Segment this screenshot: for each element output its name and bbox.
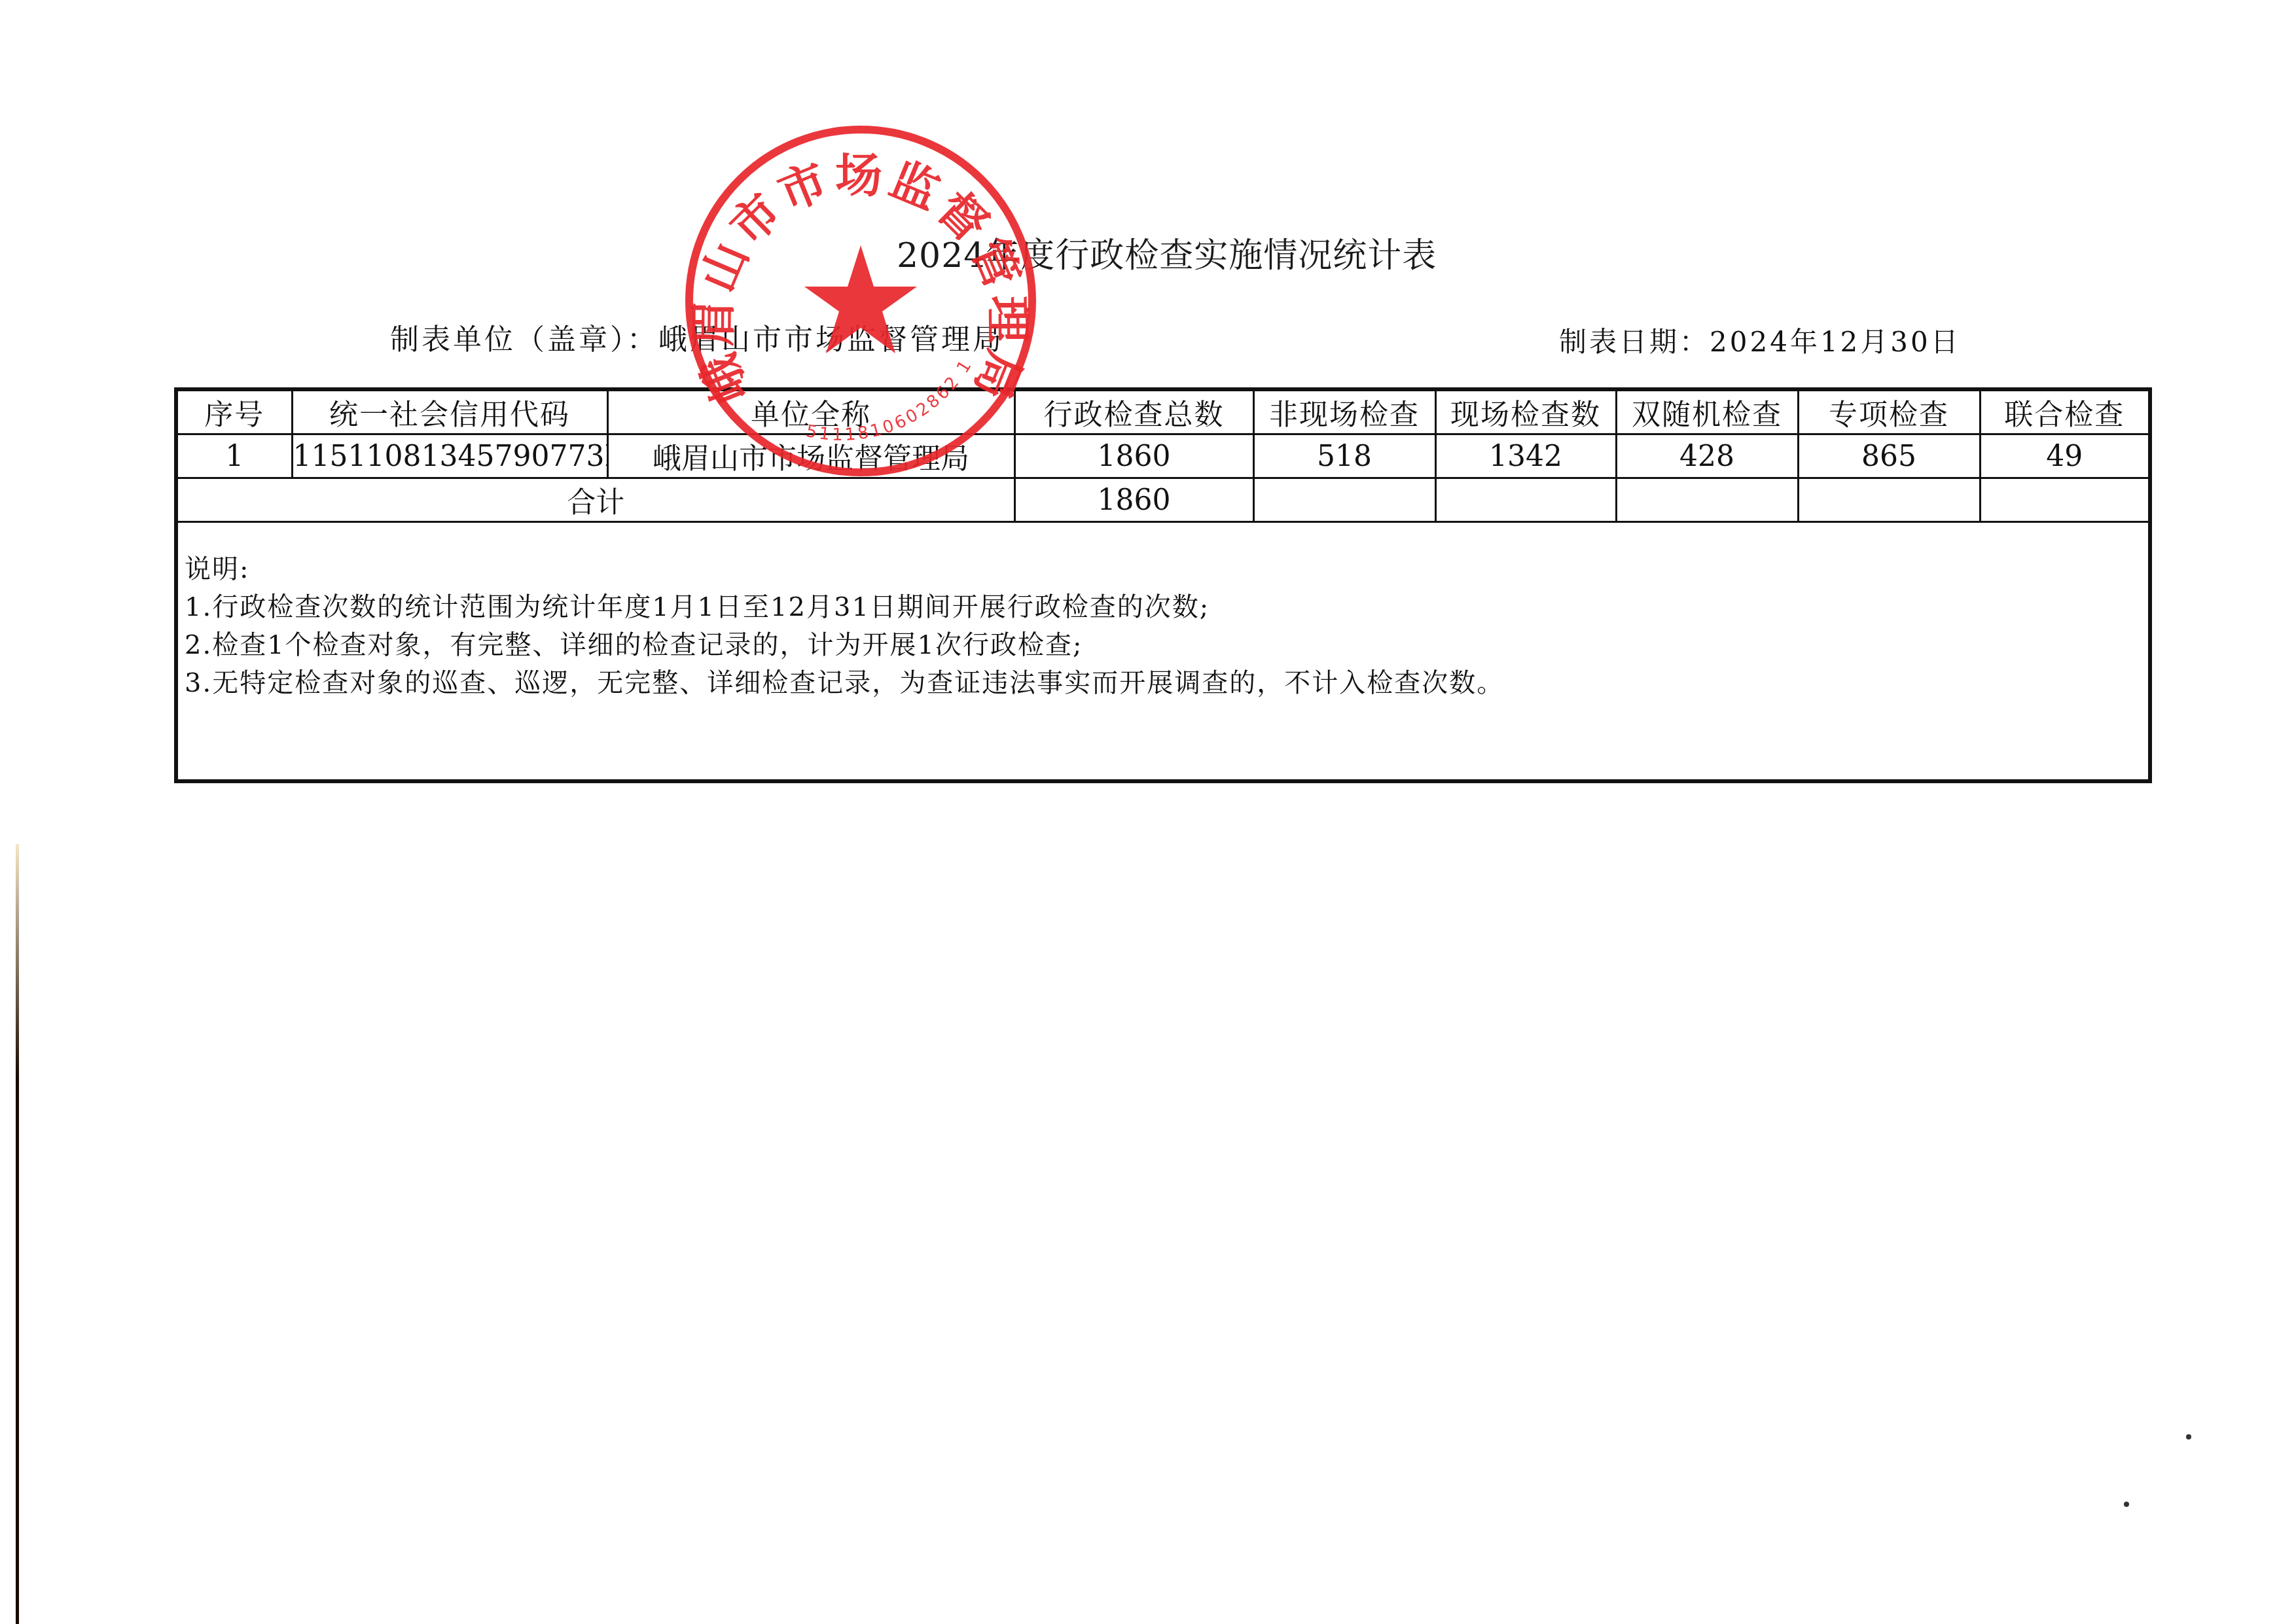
total-onsite [1435,478,1616,522]
total-offsite [1253,478,1435,522]
header-unit-name: 单位全称 [607,389,1014,434]
note-item: 3.无特定检查对象的巡查、巡逻，无完整、详细检查记录，为查证违法事实而开展调查的… [185,664,2148,702]
total-label: 合计 [176,478,1014,522]
statistics-table: 序号 统一社会信用代码 单位全称 行政检查总数 非现场检查 现场检查数 双随机检… [174,387,2152,783]
document-title: 2024年度行政检查实施情况统计表 [897,228,1437,277]
total-joint [1980,478,2150,522]
header-index: 序号 [176,389,292,434]
header-onsite: 现场检查数 [1435,389,1616,434]
seal-text: 峨眉山市市场监督管理局 [686,148,1036,412]
cell-credit-code: 11511081345790773H [292,434,607,478]
notes-cell: 说明: 1.行政检查次数的统计范围为统计年度1月1日至12月31日期间开展行政检… [176,522,2150,782]
total-row: 合计 1860 [176,478,2150,522]
note-item: 1.行政检查次数的统计范围为统计年度1月1日至12月31日期间开展行政检查的次数… [185,588,2148,626]
prepared-by-label: 制表单位（盖章）： [390,323,658,357]
scan-speck [2124,1502,2129,1507]
prepared-date: 制表日期：2024年12月30日 [1559,321,1961,360]
header-double-random: 双随机检查 [1616,389,1798,434]
prepared-date-value: 2024年12月30日 [1710,326,1961,358]
notes-row: 说明: 1.行政检查次数的统计范围为统计年度1月1日至12月31日期间开展行政检… [176,522,2150,782]
header-special: 专项检查 [1798,389,1980,434]
table-row: 1 11511081345790773H 峨眉山市市场监督管理局 1860 51… [176,434,2150,478]
header-total: 行政检查总数 [1014,389,1253,434]
cell-offsite: 518 [1253,434,1435,478]
header-credit-code: 统一社会信用代码 [292,389,607,434]
total-double-random [1616,478,1798,522]
cell-total: 1860 [1014,434,1253,478]
prepared-by: 制表单位（盖章）：峨眉山市市场监督管理局 [390,316,1004,358]
prepared-by-value: 峨眉山市市场监督管理局 [658,323,1004,357]
table-header-row: 序号 统一社会信用代码 单位全称 行政检查总数 非现场检查 现场检查数 双随机检… [176,389,2150,434]
scan-speck [2186,1434,2191,1439]
notes-heading: 说明: [185,550,2148,588]
prepared-date-label: 制表日期： [1559,326,1710,358]
cell-onsite: 1342 [1435,434,1616,478]
header-joint: 联合检查 [1980,389,2150,434]
total-special [1798,478,1980,522]
cell-joint: 49 [1980,434,2150,478]
cell-index: 1 [176,434,292,478]
svg-text:峨眉山市市场监督管理局: 峨眉山市市场监督管理局 [686,148,1036,412]
header-offsite: 非现场检查 [1253,389,1435,434]
cell-double-random: 428 [1616,434,1798,478]
total-total: 1860 [1014,478,1253,522]
note-item: 2.检查1个检查对象，有完整、详细的检查记录的，计为开展1次行政检查; [185,626,2148,664]
cell-special: 865 [1798,434,1980,478]
cell-unit-name: 峨眉山市市场监督管理局 [607,434,1014,478]
scan-edge-line [16,844,19,1624]
